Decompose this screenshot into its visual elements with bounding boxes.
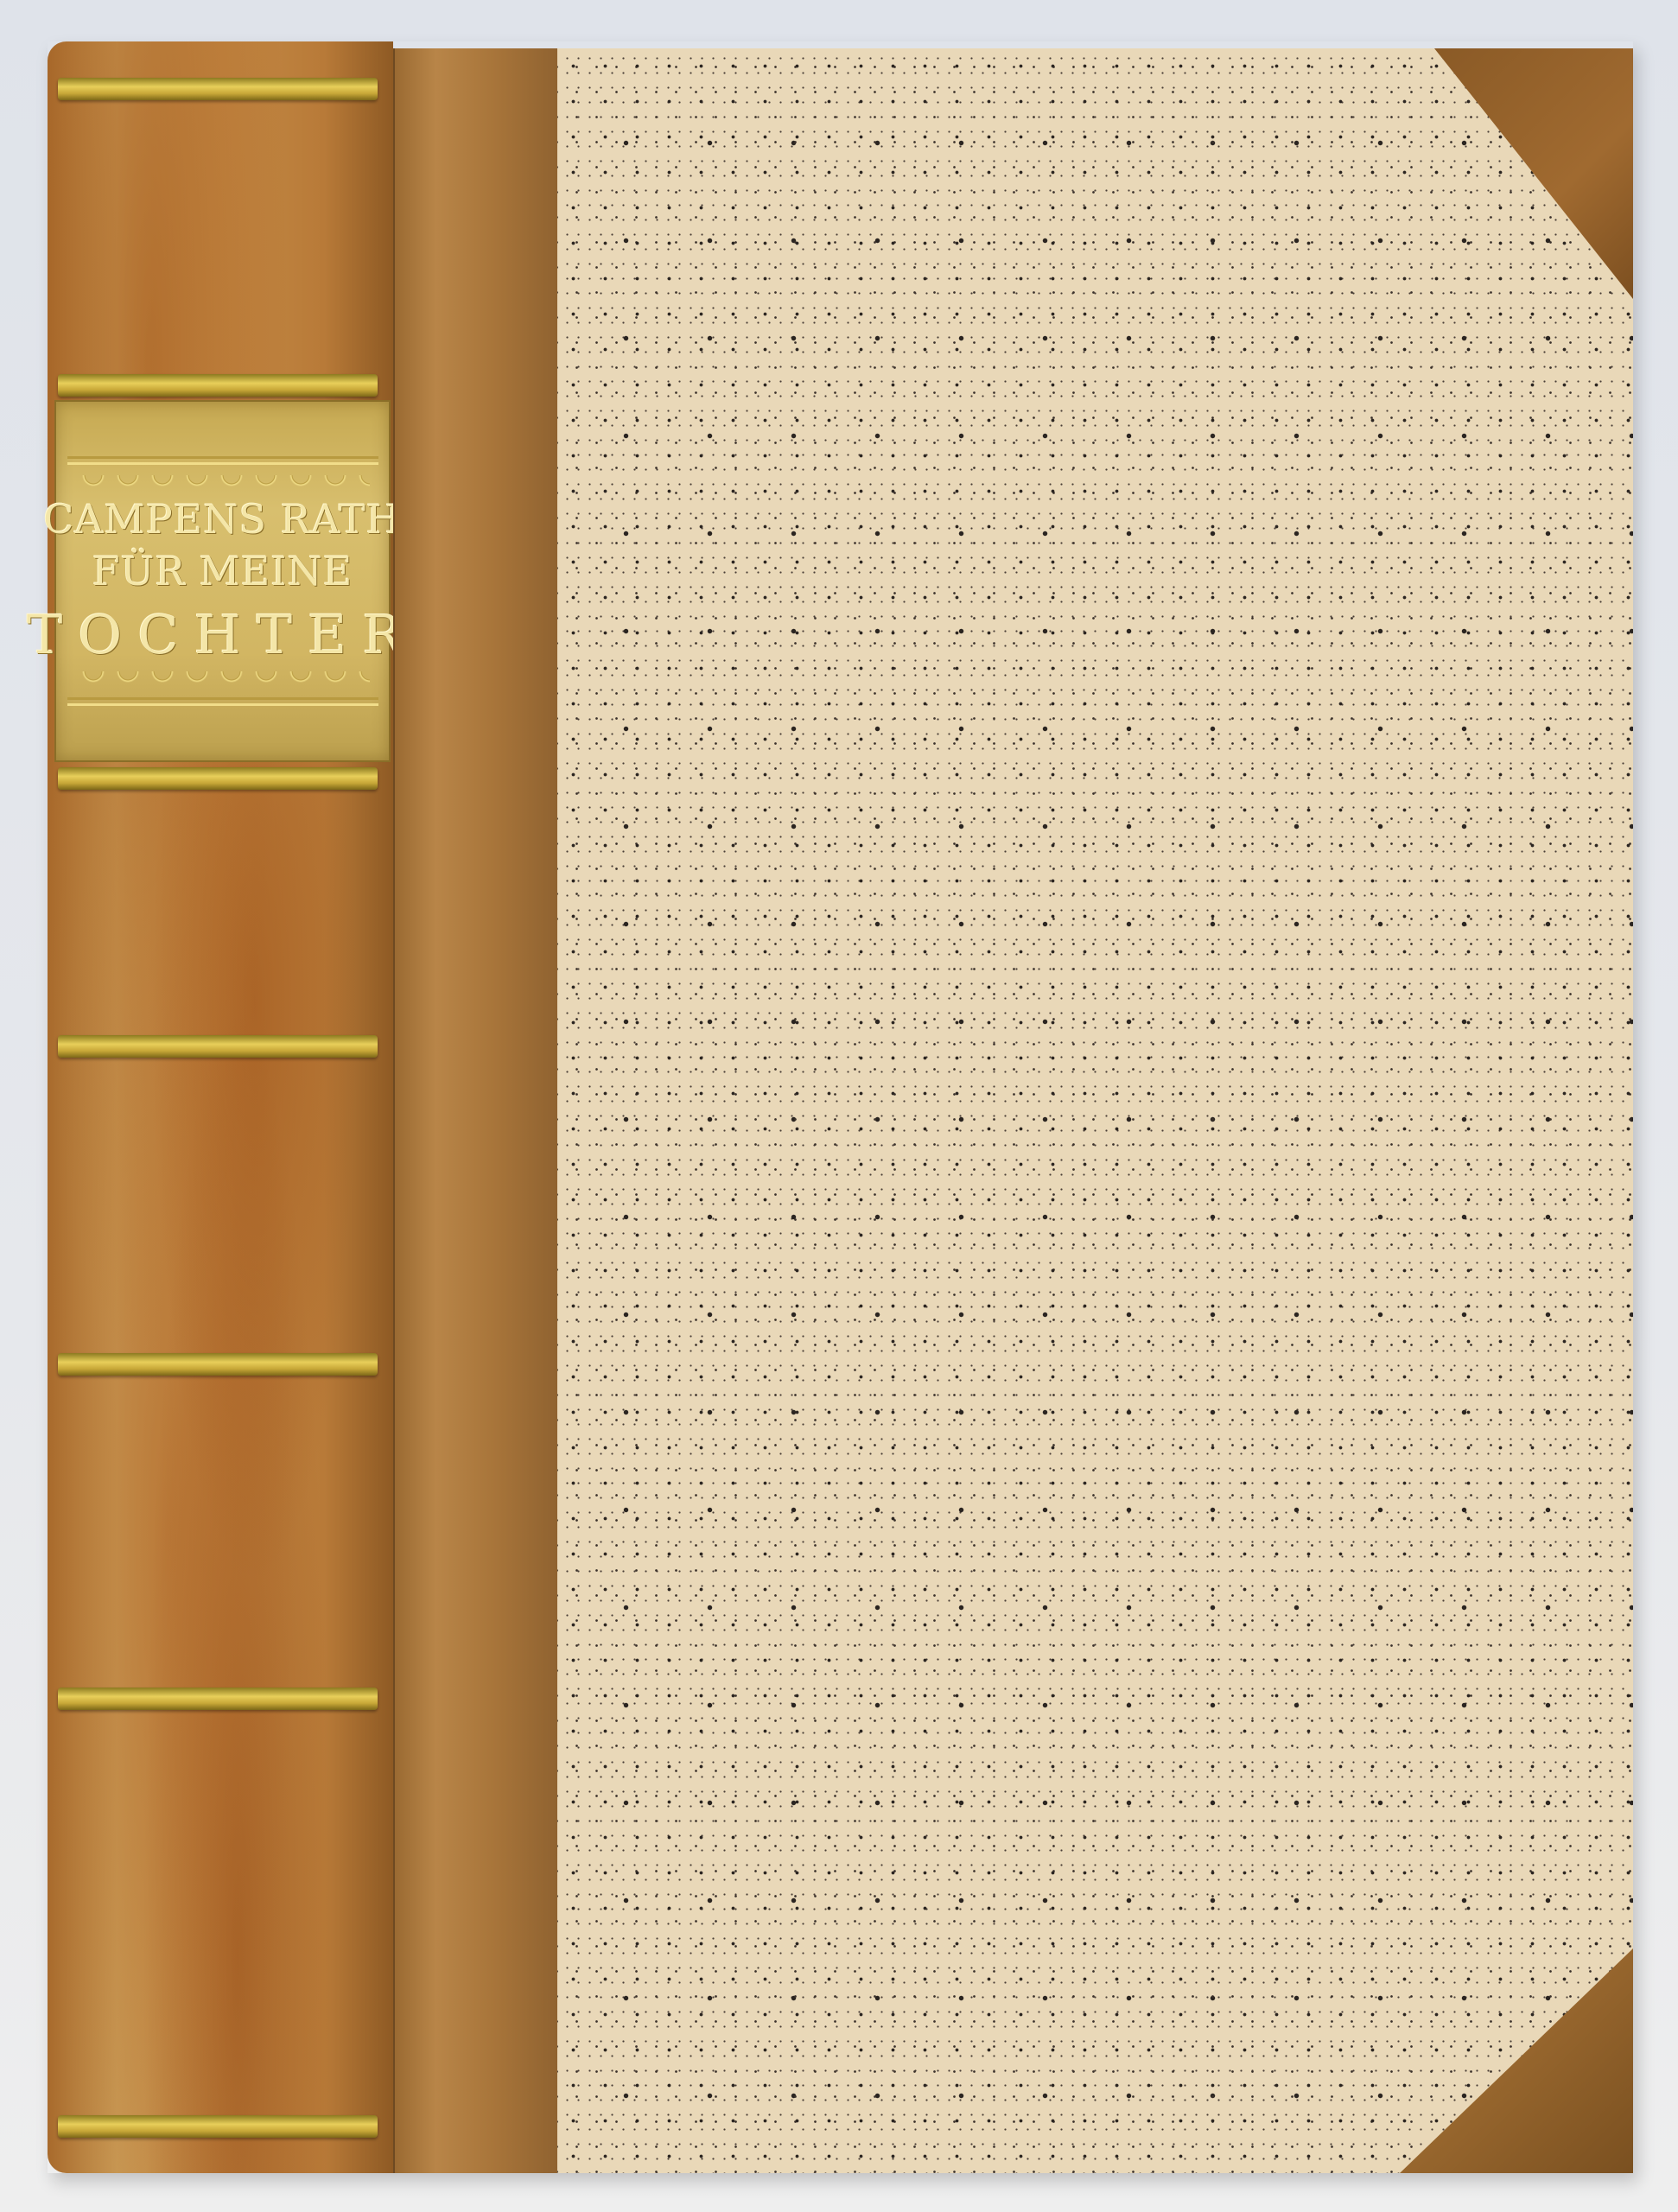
gilt-band-5	[58, 1353, 378, 1376]
spine-title-line-2: FÜR MEINE	[92, 550, 353, 594]
speckled-paper-board	[557, 48, 1633, 2173]
leather-hinge-strip	[393, 48, 559, 2173]
gilt-band-6	[58, 1688, 378, 1710]
gilt-band-2	[58, 374, 378, 397]
spine-title-label: CAMPENS RATH FÜR MEINE TOCHTER	[54, 400, 391, 762]
gilt-band-3	[58, 767, 378, 790]
spine-title-line-3: TOCHTER	[27, 606, 418, 664]
gilt-band-4	[58, 1035, 378, 1058]
book: CAMPENS RATH FÜR MEINE TOCHTER	[48, 41, 1633, 2173]
gilt-band-7	[58, 2115, 378, 2138]
label-rule-bottom	[67, 697, 378, 706]
gilt-band-1	[58, 78, 378, 100]
label-wave-bottom	[76, 671, 370, 687]
spine-title-line-1: CAMPENS RATH	[43, 498, 402, 542]
label-rule-top	[67, 456, 378, 465]
leather-spine: CAMPENS RATH FÜR MEINE TOCHTER	[48, 41, 393, 2173]
label-wave-top	[76, 475, 370, 491]
